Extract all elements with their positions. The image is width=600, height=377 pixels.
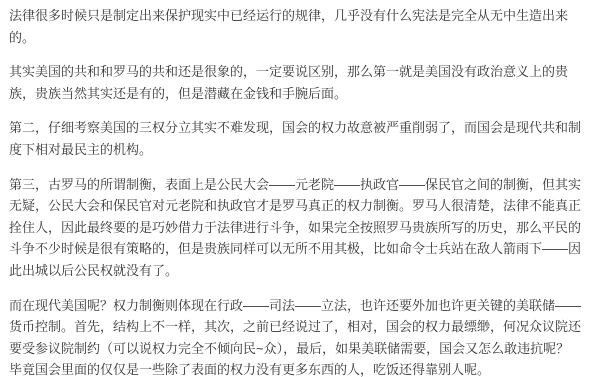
- text-line: 要受参议院制约（可以说权力完全不倾向民~众），最后，如果美联储需要，国会又怎么敢…: [9, 338, 591, 360]
- paragraph-6: 毕竟国会里面的仅仅是一些除了表面的权力没有更多东西的人，吃饭还得靠别人呢。: [9, 359, 591, 377]
- text-line: 而在现代美国呢？权力制衡则体现在行政——司法——立法，也许还要外加也许更关键的美…: [9, 295, 591, 317]
- paragraph-3: 第二，仔细考察美国的三权分立其实不难发现，国会的权力故意被严重削弱了，而国会是现…: [9, 117, 591, 160]
- text-line: 第三，古罗马的所谓制衡，表面上是公民大会——元老院——执政官——保民官之间的制衡…: [9, 174, 591, 196]
- text-line: 其实美国的共和和罗马的共和还是很象的，一定要说区别，那么第一就是美国没有政治意义…: [9, 61, 591, 83]
- text-line: 斗争不少时候是很有策略的，但是贵族同样可以无所不用其极，比如命令士兵站在敌人箭雨…: [9, 238, 591, 260]
- text-line: 此出城以后公民权就没有了。: [9, 260, 591, 282]
- text-line: 毕竟国会里面的仅仅是一些除了表面的权力没有更多东西的人，吃饭还得靠别人呢。: [9, 359, 591, 377]
- article-body: 法律很多时候只是制定出来保护现实中已经运行的规律，几乎没有什么宪法是完全从无中生…: [0, 0, 600, 377]
- paragraph-5: 而在现代美国呢？权力制衡则体现在行政——司法——立法，也许还要外加也许更关键的美…: [9, 295, 591, 360]
- text-line: 族，贵族当然其实还是有的，但是潜藏在金钱和手腕后面。: [9, 83, 591, 105]
- text-line: 法律很多时候只是制定出来保护现实中已经运行的规律，几乎没有什么宪法是完全从无中生…: [9, 5, 591, 27]
- paragraph-2: 其实美国的共和和罗马的共和还是很象的，一定要说区别，那么第一就是美国没有政治意义…: [9, 61, 591, 104]
- text-line: 的。: [9, 27, 591, 49]
- paragraph-4: 第三，古罗马的所谓制衡，表面上是公民大会——元老院——执政官——保民官之间的制衡…: [9, 174, 591, 282]
- paragraph-1: 法律很多时候只是制定出来保护现实中已经运行的规律，几乎没有什么宪法是完全从无中生…: [9, 5, 591, 48]
- text-line: 第二，仔细考察美国的三权分立其实不难发现，国会的权力故意被严重削弱了，而国会是现…: [9, 117, 591, 139]
- text-line: 货币控制。首先，结构上不一样，其次，之前已经说过了，相对，国会的权力最缥缈，何况…: [9, 316, 591, 338]
- text-line: 度下相对最民主的机构。: [9, 139, 591, 161]
- text-line: 拴住人，因此最终要的是巧妙借力于法律进行斗争，如果完全按照罗马贵族所写的历史，那…: [9, 217, 591, 239]
- text-line: 无疑，公民大会和保民官对元老院和执政官才是罗马真正的权力制衡。罗马人很清楚，法律…: [9, 195, 591, 217]
